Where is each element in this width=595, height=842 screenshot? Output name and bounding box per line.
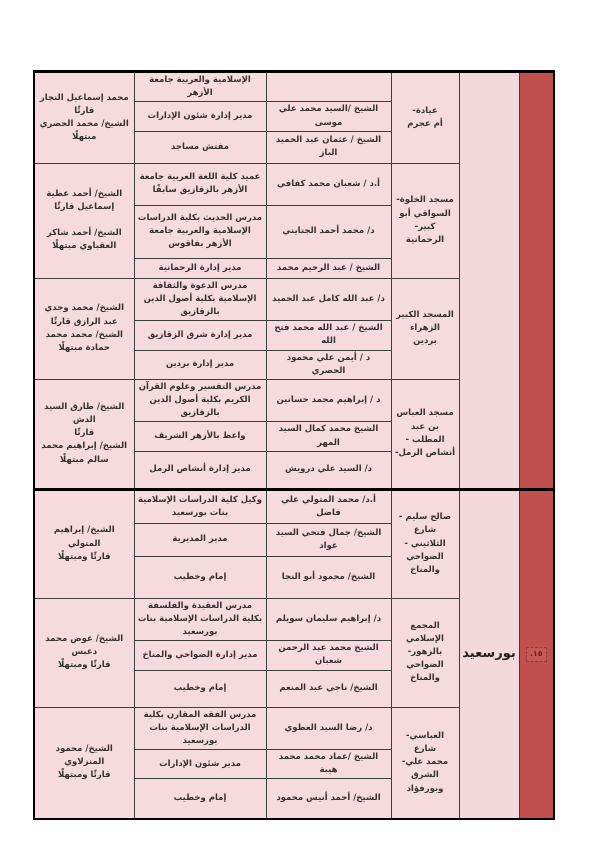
section-2-governorate-cell: بورسعيد — [459, 489, 519, 819]
official-position-cell: وكيل كلية الدراسات الإسلامية بنات بورسعي… — [134, 489, 266, 523]
official-position-cell: إمام وخطيب — [134, 556, 266, 598]
official-name-cell: د/ رضا السيد العطوي — [266, 707, 391, 750]
official-name-cell: د/ إبراهيم سليمان سويلم — [266, 598, 391, 641]
official-position-cell: مدرس الدعوة والثقافة الإسلامية بكلية أصو… — [134, 278, 266, 321]
official-position-cell: مدير إدارة الضواحي والمناخ — [134, 641, 266, 670]
official-name-cell: أ.د/ محمد المتولي علي فاضل — [266, 489, 391, 523]
official-position-cell: مفتش مساجد — [134, 131, 266, 163]
official-position-cell: مدرس الفقه المقارن بكلية الدراسات الإسلا… — [134, 707, 266, 750]
official-position-cell: مدير المديرية — [134, 523, 266, 556]
official-position-cell: مدير إدارة شئون الإدارات — [134, 102, 266, 131]
official-name-cell: د/ عبد الله كامل عبد الحميد — [266, 278, 391, 321]
official-position-cell: مدير إدارة شرق الزقازيق — [134, 321, 266, 350]
section-1-governorate-cell — [459, 72, 519, 490]
official-position-cell: واعظ بالأزهر الشريف — [134, 422, 266, 451]
section-number: ١٥. — [526, 647, 547, 661]
official-name-cell: الشيخ محمد عبد الرحمن شعبان — [266, 641, 391, 670]
section-1-number-cell — [519, 72, 554, 490]
readers-cell: محمد إسماعيل النجار قارئًا الشيخ/ محمد ا… — [34, 72, 134, 164]
official-name-cell: الشيخ/ جمال فتحي السيد عواد — [266, 523, 391, 556]
mosque-cell: مسجد العباس بن عبد المطلب - أنشاص الرمل- — [391, 379, 459, 489]
mosque-cell: صالح سليم - شارع الثلاثيني - الضواحي وال… — [391, 489, 459, 598]
official-name-cell: الشيخ /عماد محمد محمد هيبة — [266, 750, 391, 779]
section-2-number-cell: ١٥. — [519, 489, 554, 819]
official-position-cell: مدرس التفسير وعلوم القرآن الكريم بكلية أ… — [134, 379, 266, 422]
official-name-cell — [266, 72, 391, 102]
official-position-cell: مدرس الحديث بكلية الدراسات الإسلامية وال… — [134, 205, 266, 258]
readers-cell: الشيخ/ أحمد عطية إسماعيل قارئًا الشيخ/ أ… — [34, 163, 134, 278]
mosque-cell: عيادة- أم عجرم — [391, 72, 459, 164]
official-name-cell: أ.د / شعبان محمد كفافي — [266, 163, 391, 205]
official-name-cell: د / أيمن علي محمود الحصري — [266, 350, 391, 379]
official-name-cell: د / إبراهيم محمد حسانين — [266, 379, 391, 422]
official-name-cell: الشيخ / عبد الرحيم محمد — [266, 258, 391, 278]
official-name-cell: الشيخ/ أحمد أنيس محمود — [266, 779, 391, 819]
readers-cell: الشيخ/ إبراهيم المتولي قارئًا ومبتهلًا — [34, 489, 134, 598]
governorate-readers-table: عيادة- أم عجرم الإسلامية والعربية جامعة … — [33, 70, 555, 820]
official-position-cell: مدير إدارة أنشاص الرمل — [134, 451, 266, 489]
official-position-cell: إمام وخطيب — [134, 670, 266, 707]
official-position-cell: مدير إدارة بردين — [134, 350, 266, 379]
official-position-cell: إمام وخطيب — [134, 779, 266, 819]
readers-cell: الشيخ/ محمد وجدي عبد الرازق قارئًا الشيخ… — [34, 278, 134, 379]
readers-cell: الشيخ/ عوض محمد دعبس قارئًا ومبتهلًا — [34, 598, 134, 707]
readers-cell: الشيخ/ محمود المنزلاوي قارئًا ومبتهلًا — [34, 707, 134, 819]
official-name-cell: الشيخ / عثمان عبد الحميد الباز — [266, 131, 391, 163]
document-page: { "page": { "language": "ar", "direction… — [0, 0, 595, 842]
official-name-cell: الشيخ/ ناجي عبد المنعم — [266, 670, 391, 707]
mosque-cell: العباسي- شارع محمد علي- الشرق وبورفؤاد — [391, 707, 459, 819]
readers-cell: الشيخ/ طارق السيد الدش قارئًا الشيخ/ إبر… — [34, 379, 134, 489]
official-position-cell: مدير شئون الإدارات — [134, 750, 266, 779]
official-position-cell: مدرس العقيدة والفلسفة بكلية الدراسات الإ… — [134, 598, 266, 641]
official-name-cell: د/ السيد علي درويش — [266, 451, 391, 489]
official-position-cell: عميد كلية اللغة العربية جامعة الأزهر بال… — [134, 163, 266, 205]
mosque-cell: المجمع الإسلامي بالزهور- الضواحي والمناخ — [391, 598, 459, 707]
official-name-cell: الشيخ محمد كمال السيد المهر — [266, 422, 391, 451]
official-name-cell: الشيخ / عبد الله محمد فتح الله — [266, 321, 391, 350]
official-name-cell: د/ محمد أحمد الجنايني — [266, 205, 391, 258]
mosque-cell: المسجد الكبير الزهراء بردين — [391, 278, 459, 379]
official-name-cell: الشيخ/ محمود أبو النجا — [266, 556, 391, 598]
official-position-cell: الإسلامية والعربية جامعة الأزهر — [134, 72, 266, 102]
official-name-cell: الشيخ /السيد محمد علي موسى — [266, 102, 391, 131]
governorate-label: بورسعيد — [462, 646, 515, 661]
official-position-cell: مدير إدارة الرحمانية — [134, 258, 266, 278]
mosque-cell: مسجد الخلوة- السواقي أبو كبير- الرحمانية — [391, 163, 459, 278]
